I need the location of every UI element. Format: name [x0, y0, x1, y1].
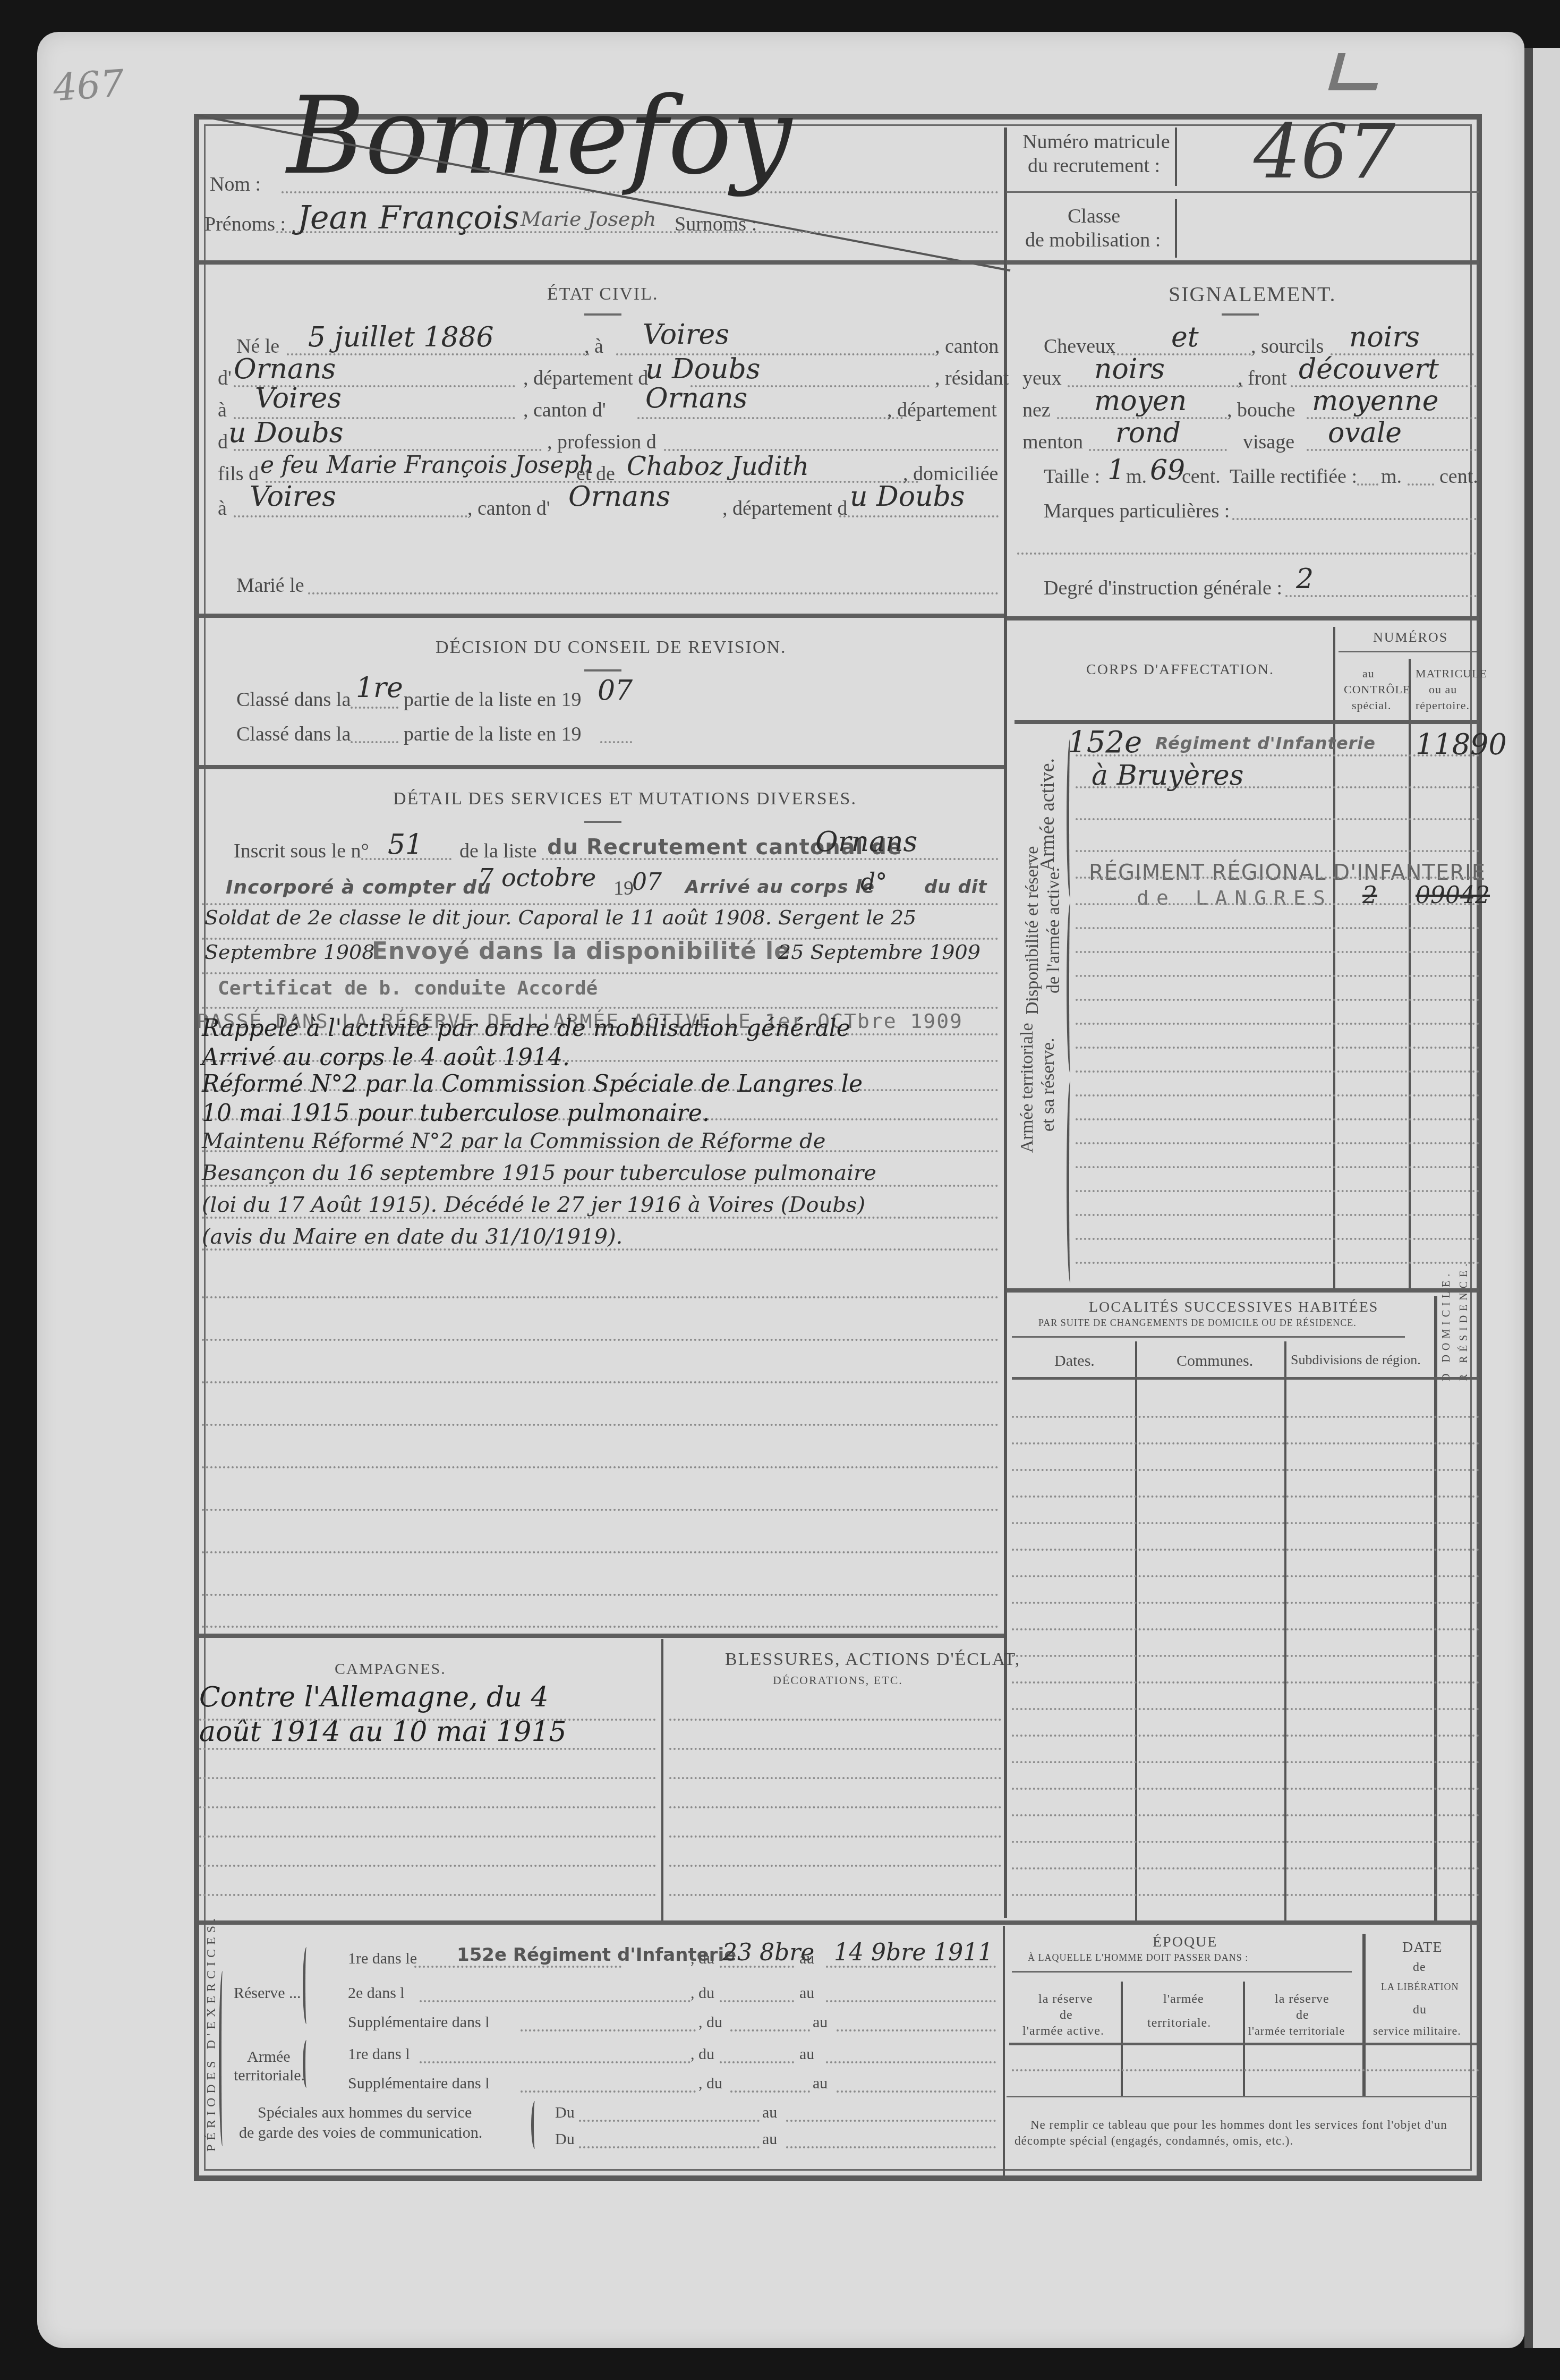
periode-du-dotline	[720, 2061, 794, 2063]
periode-du-dotline	[730, 2090, 810, 2093]
periodes-terr-label-2: territoriale.	[234, 2067, 305, 2085]
services-rule	[202, 1007, 999, 1009]
blessures-rule	[669, 1806, 1001, 1808]
corps-rule	[1076, 1094, 1479, 1096]
corps-rule	[1076, 951, 1479, 953]
campagnes-heading: CAMPAGNES.	[335, 1660, 446, 1678]
pere-value: e feu Marie François Joseph	[260, 452, 594, 479]
epoque-col3-line1: la réserve	[1275, 1992, 1329, 2007]
localites-rule	[1012, 1761, 1479, 1763]
taille-m-value: 1	[1107, 454, 1125, 486]
campagnes-rule	[199, 1865, 656, 1867]
periode-au-dotline	[837, 2090, 996, 2093]
epoque-heading: ÉPOQUE	[1153, 1934, 1217, 1951]
canton-value: Ornans	[234, 353, 336, 385]
yeux-value: noirs	[1094, 353, 1165, 385]
campagnes-rule	[199, 1806, 656, 1808]
epoque-col1-line3: l'armée active.	[1022, 2024, 1104, 2038]
canton-label: , canton	[935, 335, 999, 358]
epoque-subheading: À LAQUELLE L'HOMME DOIT PASSER DANS :	[1028, 1952, 1248, 1963]
periode-row-au-label: au	[799, 1984, 814, 2002]
decision-row1-value-a: 1re	[356, 672, 403, 704]
matricule-label-2: du recrutement :	[1028, 154, 1160, 177]
service-line: Besançon du 16 septembre 1915 pour tuber…	[202, 1161, 876, 1185]
incorpore-year-label: 19	[613, 877, 634, 900]
inscrit-value: 51	[388, 829, 423, 861]
periode-row-du-label: , du	[691, 2045, 714, 2063]
services-rule	[202, 903, 999, 905]
corps-rule	[1076, 903, 1479, 905]
col-controle-2: CONTRÔLE	[1344, 683, 1410, 696]
corps-rule	[1076, 754, 1479, 756]
service-line: Septembre 1908.	[204, 940, 381, 964]
residant-departement-value: u Doubs	[228, 417, 343, 449]
corps-numeros-separator	[1333, 627, 1335, 1288]
nez-label: nez	[1022, 398, 1051, 422]
taille-cent-value: 69	[1150, 454, 1185, 486]
services-rule	[202, 1594, 999, 1596]
periode-row-label: 2e dans l	[348, 1984, 405, 2002]
corps-rule	[1076, 1023, 1479, 1025]
blessures-rule	[669, 1894, 1001, 1896]
periode-row-label: Supplémentaire dans l	[348, 2075, 490, 2093]
corps-heading: CORPS D'AFFECTATION.	[1086, 661, 1274, 678]
epoque-col2-line2: territoriale.	[1147, 2016, 1211, 2030]
section-terr-label-1: Armée territoriale	[1017, 1023, 1037, 1153]
localites-rule	[1012, 1894, 1479, 1896]
instruction-value: 2	[1296, 563, 1314, 595]
localites-rule	[1012, 1416, 1479, 1418]
bouche-label: , bouche	[1227, 398, 1295, 422]
dispo-brace	[1067, 903, 1074, 1073]
margin-pencil-note: 467	[52, 61, 125, 109]
residant-a-label: à	[218, 398, 227, 422]
arrive-value: d°	[860, 869, 887, 896]
corps-rule	[1076, 1142, 1479, 1144]
localites-rule	[1012, 1469, 1479, 1471]
matricule-divider	[1007, 191, 1479, 193]
localites-rule	[1012, 1522, 1479, 1524]
reserve-brace	[303, 1947, 310, 2024]
col-controle-1: au	[1362, 667, 1375, 681]
nez-value: moyen	[1094, 385, 1187, 417]
localites-col-subdivisions: Subdivisions de région.	[1291, 1352, 1421, 1368]
taille-rect-m-dot	[1357, 483, 1378, 486]
periode-unit-dotline	[521, 2029, 696, 2031]
localites-col-separator-2	[1284, 1341, 1286, 1920]
services-rule	[202, 1339, 999, 1341]
periode-row-du-label: , du	[691, 1984, 714, 2002]
services-heading: DÉTAIL DES SERVICES ET MUTATIONS DIVERSE…	[393, 789, 857, 809]
services-rule	[202, 1509, 999, 1511]
localites-top-rule	[1007, 1288, 1479, 1293]
corps-rule	[1076, 1166, 1479, 1168]
blessures-subheading: DÉCORATIONS, ETC.	[773, 1673, 903, 1687]
corps-rule	[1076, 1262, 1479, 1264]
localites-rule	[1012, 1549, 1479, 1551]
periode-unit-dotline	[420, 2000, 691, 2002]
corps-rule	[1076, 999, 1479, 1001]
menton-label: menton	[1022, 430, 1083, 454]
disponibilite-stamp: Envoyé dans la disponibilité le	[372, 938, 790, 965]
cheveux-value: et	[1171, 321, 1199, 353]
dom-departement-label: , département d	[722, 497, 847, 520]
active-brace	[1067, 738, 1074, 898]
service-line: Maintenu Réformé N°2 par la Commission d…	[202, 1129, 825, 1153]
campagnes-rule	[199, 1777, 656, 1779]
certificat-stamp: Certificat de b. conduite Accordé	[218, 977, 598, 999]
services-top-rule	[199, 765, 1004, 769]
decision-row2-label-a: Classé dans la	[236, 722, 351, 746]
numeros-ornament	[1339, 651, 1477, 652]
services-rule	[202, 972, 999, 974]
yeux-label: yeux	[1022, 367, 1062, 390]
localites-header-rule	[1012, 1377, 1479, 1380]
services-rule	[202, 1466, 999, 1468]
periode-row-du-label: , du	[691, 1950, 714, 1968]
corps-rule	[1076, 1190, 1479, 1192]
marques-label: Marques particulières :	[1044, 499, 1230, 523]
services-dash	[584, 821, 621, 823]
corps-rule	[1076, 786, 1479, 788]
periode-row-au-label: au	[813, 2075, 828, 2093]
visage-dotline	[1307, 449, 1477, 451]
services-rule	[202, 1296, 999, 1298]
dom-dotline	[234, 515, 467, 517]
residant-departement-label: , département	[887, 398, 997, 422]
epoque-col3-line2: de	[1296, 2008, 1309, 2022]
blessures-heading: BLESSURES, ACTIONS D'ÉCLAT,	[725, 1650, 1020, 1670]
epoque-col3-line3: l'armée territoriale	[1248, 2024, 1345, 2038]
periode-au-dotline	[826, 2000, 996, 2002]
corps-rule	[1076, 850, 1479, 852]
section-dispo-label-2: de l'armée active.	[1044, 868, 1064, 993]
decision-top-rule	[199, 614, 1004, 618]
epoque-note: Ne remplir ce tableau que pour les homme…	[1015, 2117, 1471, 2149]
localites-rule	[1012, 1442, 1479, 1444]
numeros-heading: NUMÉROS	[1373, 630, 1448, 645]
instruction-dotline	[1285, 595, 1477, 597]
localites-col-separator-1	[1135, 1341, 1137, 1920]
periode-au-dotline	[837, 2029, 996, 2031]
a-value: Voires	[643, 319, 729, 351]
service-line: (avis du Maire en date du 31/10/1919).	[202, 1225, 623, 1249]
taille-rect-m-label: m.	[1381, 465, 1402, 488]
incorpore-value: 7 octobre	[478, 863, 596, 892]
periode-row-au-label: au	[813, 2013, 828, 2031]
periode-row-au-label: au	[799, 2045, 814, 2063]
date-col-line5: service militaire.	[1373, 2024, 1461, 2038]
service-line: Arrivé au corps le 4 août 1914.	[202, 1044, 570, 1071]
campagnes-rule	[199, 1835, 656, 1838]
periode-row-label: 1re dans l	[348, 2045, 410, 2063]
periode-au-dotline	[826, 2061, 996, 2063]
signalement-dash	[1222, 313, 1259, 316]
blessures-rule	[669, 1719, 1001, 1721]
incorpore-year: 07	[632, 869, 662, 896]
corps-matricule-separator	[1409, 659, 1411, 1288]
periode-unit-dotline	[521, 2090, 696, 2093]
corps-rule	[1076, 975, 1479, 977]
localites-rule	[1012, 1814, 1479, 1816]
localites-rule	[1012, 1602, 1479, 1604]
periode-row-au: 14 9bre 1911	[834, 1939, 993, 1966]
next-page-edge	[1524, 48, 1560, 2348]
ink-mark	[1328, 53, 1386, 90]
epoque-col-separator-2	[1243, 1982, 1245, 2096]
residant-canton-label: , canton d'	[523, 398, 606, 422]
taille-cent-label: cent.	[1182, 465, 1221, 488]
localites-rule	[1012, 1735, 1479, 1737]
epoque-bottom-rule	[1007, 2096, 1479, 2097]
date-col-line4: du	[1413, 2003, 1427, 2017]
campagnes-line1: Contre l'Allemagne, du 4	[199, 1681, 548, 1713]
instruction-label: Degré d'instruction générale :	[1044, 576, 1282, 600]
mere-value: Chaboz Judith	[627, 452, 809, 481]
campagnes-rule	[199, 1748, 656, 1750]
date-col-line2: de	[1413, 1960, 1426, 1975]
speciales-au-label: au	[762, 2104, 777, 2122]
blessures-rule	[669, 1865, 1001, 1867]
disponibilite-date: 25 Septembre 1909	[778, 940, 981, 964]
localites-rule	[1012, 1681, 1479, 1684]
dom-a-label: à	[218, 497, 227, 520]
col-controle-3: spécial.	[1352, 699, 1392, 712]
corps-rule	[1076, 1238, 1479, 1240]
periodes-terr-label-1: Armée	[247, 2048, 291, 2066]
epoque-left-separator	[1003, 1926, 1005, 2175]
dom-value: Voires	[250, 481, 336, 513]
localites-side-d: D DOMICILE.	[1440, 1270, 1453, 1381]
localites-rule	[1012, 1628, 1479, 1630]
localites-rule	[1012, 1655, 1479, 1657]
epoque-date-separator	[1362, 1934, 1366, 2096]
taille-rect-label: Taille rectifiée :	[1230, 465, 1357, 488]
speciales-au-label: au	[762, 2130, 777, 2148]
services-rule	[202, 1551, 999, 1553]
section-dispo-label-1: Disponibilité et réserve	[1022, 846, 1043, 1015]
marie-label: Marié le	[236, 574, 304, 597]
epoque-header-rule	[1009, 2043, 1477, 2045]
prenoms-label: Prénoms :	[204, 212, 286, 236]
classe-brace	[1175, 199, 1177, 258]
periode-unit-dotline	[420, 2061, 691, 2063]
service-line: Réformé N°2 par la Commission Spéciale d…	[202, 1070, 863, 1098]
terr-period-brace	[303, 2040, 310, 2088]
service-line: Soldat de 2e classe le dit jour. Caporal…	[204, 906, 916, 929]
menton-dotline	[1089, 449, 1227, 451]
reserve-stamp-line2: de LANGRES	[1137, 886, 1333, 909]
periodes-side-label: PÉRIODES D'EXERCICES.	[204, 1914, 219, 2152]
epoque-ornament	[1012, 1971, 1352, 1973]
liste-label: de la liste	[459, 839, 537, 863]
localites-rule	[1012, 1788, 1479, 1790]
nom-label: Nom :	[210, 173, 261, 196]
matricule-brace	[1175, 127, 1177, 186]
residant-canton-value: Ornans	[645, 382, 747, 414]
corps-rule	[1076, 877, 1479, 879]
service-line: Rappelé à l'activité par ordre de mobili…	[202, 1015, 850, 1042]
date-col-line3: LA LIBÉRATION	[1381, 1982, 1459, 1993]
taille-rect-cent-dot	[1408, 483, 1434, 486]
blessures-rule	[669, 1777, 1001, 1779]
etat-civil-top-rule	[199, 260, 1004, 265]
speciales-du-dotline	[579, 2120, 760, 2122]
corps-rule	[1076, 927, 1479, 929]
profession-label: , profession d	[547, 430, 657, 454]
matricule-label-1: Numéro matricule	[1022, 130, 1170, 154]
speciales-au-dotline	[786, 2146, 996, 2148]
decision-row1-value-b: 07	[598, 675, 633, 707]
col-matricule-2: ou au	[1429, 683, 1457, 696]
corps-top-rule	[1007, 616, 1479, 620]
classe-label-2: de mobilisation :	[1025, 228, 1161, 252]
speciales-du-label: Du	[555, 2130, 575, 2148]
dom-departement-dotline	[839, 515, 999, 517]
epoque-col1-line2: de	[1060, 2008, 1073, 2022]
profession-dotline	[664, 449, 999, 451]
dom-canton-value: Ornans	[568, 481, 670, 513]
localites-col-communes: Communes.	[1177, 1352, 1253, 1370]
epoque-col-separator-1	[1121, 1982, 1123, 2096]
localites-rule	[1012, 1575, 1479, 1577]
decision-row1-dot-a	[351, 707, 398, 709]
terr-brace	[1067, 1081, 1074, 1283]
col-matricule-1: MATRICULE	[1416, 667, 1487, 681]
canton-prefix: d'	[218, 367, 232, 390]
matricule-value: 467	[1254, 109, 1395, 195]
marques-dotline-2	[1017, 552, 1477, 555]
speciales-label-1: Spéciales aux hommes du service	[258, 2104, 472, 2122]
decision-dash	[584, 669, 621, 671]
inscrit-label: Inscrit sous le n°	[234, 839, 369, 863]
a-label: , à	[584, 335, 603, 358]
service-line: 10 mai 1915 pour tuberculose pulmonaire.	[202, 1100, 710, 1127]
liste-value: Ornans	[815, 826, 917, 858]
col-matricule-3: répertoire.	[1416, 699, 1470, 712]
classe-label-1: Classe	[1068, 205, 1120, 228]
liste-dotline	[542, 858, 999, 860]
visage-label: visage	[1243, 430, 1294, 454]
corps-rule	[1076, 1070, 1479, 1073]
periode-row-du-label: , du	[698, 2013, 722, 2031]
periode-row-label: Supplémentaire dans l	[348, 2013, 490, 2031]
periodes-top-rule	[199, 1920, 1479, 1925]
periode-du-dotline	[730, 2029, 810, 2031]
speciales-label-2: de garde des voies de communication.	[239, 2124, 482, 2142]
services-rule	[202, 1381, 999, 1383]
localites-heading: LOCALITÉS SUCCESSIVES HABITÉES	[1089, 1299, 1378, 1316]
speciales-du-label: Du	[555, 2104, 575, 2122]
campagnes-line2: août 1914 au 10 mai 1915	[199, 1716, 567, 1748]
marie-dotline	[308, 592, 999, 594]
dom-canton-label: , canton d'	[467, 497, 550, 520]
epoque-col1-line1: la réserve	[1038, 1992, 1093, 2007]
localites-ornament	[1012, 1336, 1405, 1338]
decision-row1-label-b: partie de la liste en 19	[404, 688, 582, 711]
campagnes-separator	[661, 1639, 663, 1920]
signalement-heading: SIGNALEMENT.	[1169, 282, 1336, 307]
classe-divider	[1007, 260, 1479, 265]
localites-rule	[1012, 1495, 1479, 1498]
taille-m-label: m.	[1126, 465, 1147, 488]
front-value: découvert	[1299, 353, 1439, 385]
epoque-rule	[1012, 2069, 1479, 2071]
active-regiment-stamp: Régiment d'Infanterie	[1155, 733, 1376, 753]
services-rule	[202, 1626, 999, 1628]
incorpore-label: Incorporé à compter du	[226, 877, 491, 898]
section-terr-label-2: et sa réserve.	[1038, 1038, 1059, 1132]
localites-rule	[1012, 1708, 1479, 1710]
localites-side-r: R RÉSIDENCE.	[1458, 1260, 1470, 1381]
ne-le-value: 5 juillet 1886	[308, 321, 494, 353]
periodes-brace	[219, 1971, 226, 2146]
periode-du-dotline	[720, 2000, 794, 2002]
departement-label: , département d	[523, 367, 648, 390]
periode-row-label: 1re dans le	[348, 1950, 417, 1968]
campagnes-rule	[199, 1894, 656, 1896]
periode-unit-dotline	[414, 1966, 621, 1968]
localites-rule	[1012, 1841, 1479, 1843]
localites-subheading: PAR SUITE DE CHANGEMENTS DE DOMICILE OU …	[1038, 1317, 1357, 1329]
bouche-value: moyenne	[1312, 385, 1439, 417]
date-col-line1: DATE	[1402, 1939, 1443, 1956]
taille-label: Taille :	[1044, 465, 1100, 488]
decision-heading: DÉCISION DU CONSEIL DE REVISION.	[436, 637, 787, 658]
service-line: (loi du 17 Août 1915). Décédé le 27 jer …	[202, 1193, 865, 1217]
dom-departement-value: u Doubs	[850, 481, 965, 513]
etat-civil-dash	[584, 313, 621, 316]
campagnes-rule	[199, 1719, 656, 1721]
marques-dotline-1	[1232, 518, 1477, 520]
blessures-rule	[669, 1748, 1001, 1750]
prenoms-extra-value: Marie Joseph	[521, 207, 656, 231]
speciales-du-dotline	[579, 2146, 760, 2148]
residant-departement-prefix: d	[218, 430, 228, 454]
localites-rule	[1012, 1867, 1479, 1869]
residant-canton-dotline	[637, 417, 903, 419]
prenoms-value: Jean François	[297, 199, 519, 236]
residant-departement-dotline	[234, 449, 542, 451]
periode-row-du-label: , du	[698, 2075, 722, 2093]
campagnes-top-rule	[199, 1634, 1004, 1638]
speciales-au-dotline	[786, 2120, 996, 2122]
periode-row-au-label: au	[799, 1950, 814, 1968]
corps-rule	[1076, 1118, 1479, 1120]
decision-row2-label-b: partie de la liste en 19	[404, 722, 582, 746]
etat-civil-heading: ÉTAT CIVIL.	[547, 284, 658, 304]
localites-side-separator	[1434, 1296, 1437, 1920]
decision-row2-dot-b	[600, 741, 632, 743]
services-rule	[202, 1424, 999, 1426]
departement-value: u Doubs	[645, 353, 760, 385]
periodes-reserve-label: Réserve ...	[234, 1984, 301, 2002]
menton-value: rond	[1115, 417, 1181, 449]
epoque-col2-line1: l'armée	[1163, 1992, 1204, 2007]
surnoms-label: Surnoms :	[675, 212, 757, 236]
speciales-brace	[531, 2101, 539, 2149]
corps-rule	[1076, 1214, 1479, 1216]
residant-value: Voires	[255, 382, 342, 414]
corps-header-rule	[1015, 720, 1479, 724]
corps-rule	[1076, 1047, 1479, 1049]
visage-value: ovale	[1328, 417, 1402, 449]
sourcils-value: noirs	[1349, 321, 1420, 353]
arrive-label: Arrivé au corps le	[685, 877, 875, 898]
decision-row2-dot-a	[351, 741, 398, 743]
decision-row1-label-a: Classé dans la	[236, 688, 351, 711]
corps-rule	[1076, 818, 1479, 820]
